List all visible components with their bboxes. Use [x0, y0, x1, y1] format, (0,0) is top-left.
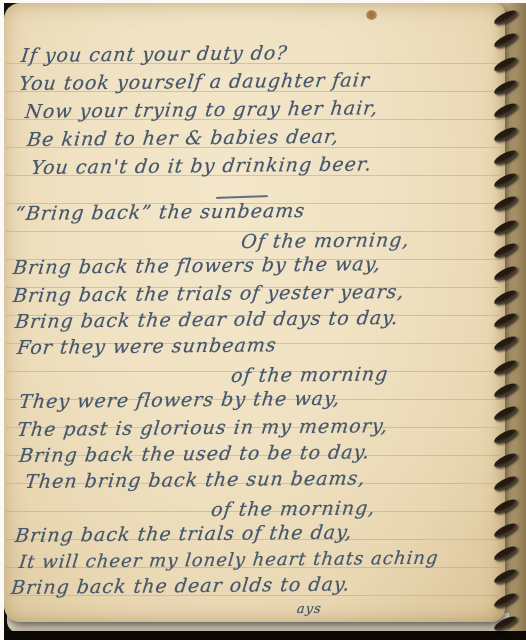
spiral-coil: [492, 218, 518, 237]
spiral-coil: [492, 544, 518, 563]
handwritten-line: Bring back the dear olds to day.: [10, 573, 351, 599]
spiral-coil: [492, 171, 518, 190]
spiral-coil: [492, 31, 518, 50]
handwritten-line: The past is glorious in my memory,: [16, 415, 389, 441]
spiral-coil: [492, 590, 518, 609]
spiral-coil: [492, 311, 518, 330]
spiral-coil: [492, 614, 518, 633]
photo-scene: If you cant your duty do?You took yourse…: [4, 3, 526, 640]
dark-background-bottom: [4, 631, 526, 640]
spiral-coil: [492, 567, 518, 586]
handwritten-line: They were flowers by the way,: [18, 388, 342, 413]
spiral-coil: [492, 78, 518, 97]
spiral-coil: [492, 287, 518, 306]
handwritten-line: You took yourself a daughter fair: [18, 69, 371, 95]
spiral-coil: [492, 520, 518, 539]
spiral-coil: [492, 451, 518, 470]
handwritten-line: Be kind to her & babies dear,: [26, 126, 340, 151]
handwritten-line: If you cant your duty do?: [20, 42, 289, 67]
spiral-coil: [492, 101, 518, 120]
spiral-coil: [492, 124, 518, 143]
spiral-coil: [492, 334, 518, 353]
spiral-coil: [492, 8, 518, 27]
spiral-coil: [492, 357, 518, 376]
notebook-photo: If you cant your duty do?You took yourse…: [0, 0, 526, 640]
handwritten-line: Bring back the flowers by the way,: [12, 253, 382, 279]
handwritten-line: You can't do it by drinking beer.: [30, 153, 373, 179]
handwritten-line: “Bring back” the sunbeams: [14, 200, 306, 225]
handwritten-line: Bring back the dear old days to day.: [14, 307, 400, 333]
spiral-coil: [492, 381, 518, 400]
handwritten-line: For they were sunbeams: [16, 334, 278, 359]
handwritten-line: of the morning: [230, 363, 390, 387]
spiral-coil: [492, 404, 518, 423]
handwritten-line: Bring back the trials of the day,: [14, 521, 354, 547]
spiral-coil: [492, 497, 518, 516]
handwritten-line: of the morning,: [210, 497, 377, 521]
notebook-page: If you cant your duty do?You took yourse…: [4, 3, 505, 622]
spiral-coils: [488, 3, 526, 640]
handwritten-line: Then bring back the sun beams,: [24, 467, 367, 493]
spiral-coil: [492, 474, 518, 493]
spiral-coil: [492, 427, 518, 446]
spiral-coil: [492, 194, 518, 213]
handwritten-line: Of the morning,: [240, 229, 411, 253]
handwritten-line: Bring back the used to be to day.: [18, 441, 371, 467]
handwritten-line: Bring back the trials of yester years,: [12, 281, 406, 307]
spiral-coil: [492, 264, 518, 283]
handwritten-line: ays: [296, 602, 322, 617]
handwritten-line: Now your trying to gray her hair,: [24, 97, 380, 123]
spiral-coil: [492, 148, 518, 167]
handwritten-poem: If you cant your duty do?You took yourse…: [4, 3, 505, 622]
spiral-coil: [492, 241, 518, 260]
handwritten-line: It will cheer my lonely heart thats achi…: [18, 548, 440, 573]
spiral-coil: [492, 54, 518, 73]
